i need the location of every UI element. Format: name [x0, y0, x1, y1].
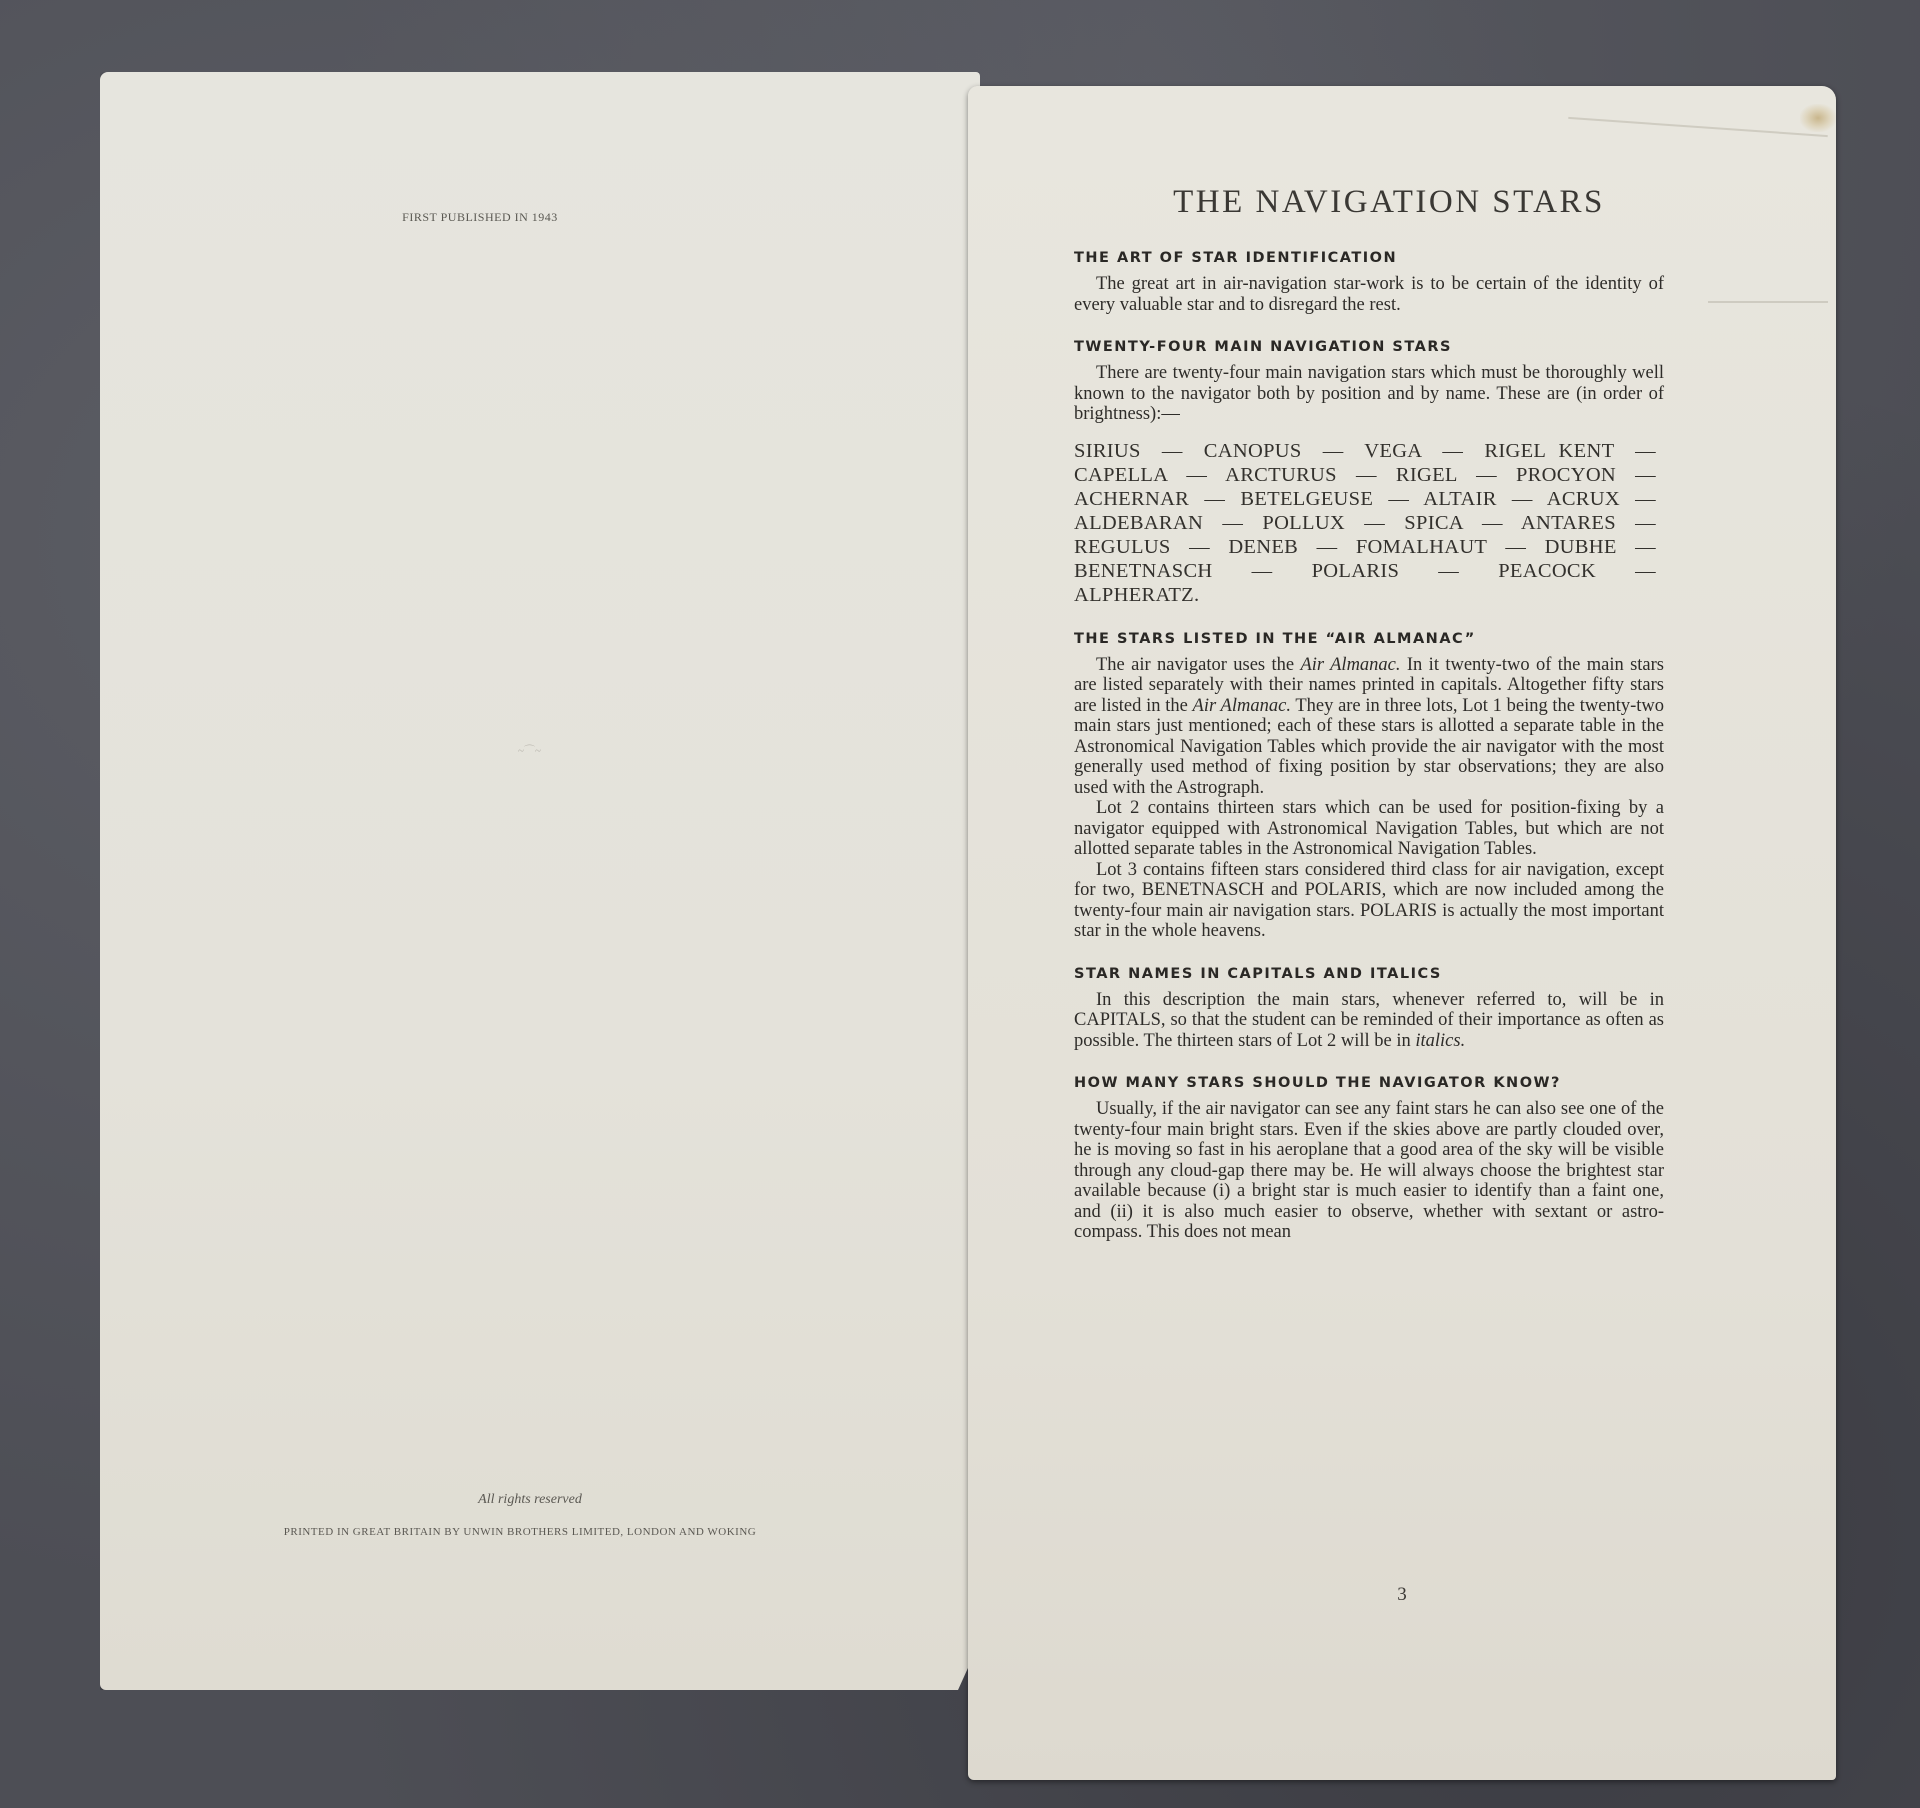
star-name: ALDEBARAN	[1074, 512, 1203, 534]
star-name: POLARIS	[1312, 560, 1400, 582]
star-name: ALPHERATZ	[1074, 584, 1194, 606]
star-name: ARCTURUS	[1225, 464, 1337, 486]
star-name: POLLUX	[1262, 512, 1345, 534]
faint-pencil-mark: ~⌒~	[518, 742, 541, 758]
star-name: ALTAIR	[1423, 488, 1496, 510]
paragraph: In this description the main stars, when…	[1074, 990, 1664, 1052]
first-published-imprint: FIRST PUBLISHED IN 1943	[40, 210, 920, 225]
corner-stain	[1800, 104, 1836, 132]
section: THE ART OF STAR IDENTIFICATIONThe great …	[1074, 248, 1664, 315]
section: STAR NAMES IN CAPITALS AND ITALICSIn thi…	[1074, 964, 1664, 1052]
paragraph: The air navigator uses the Air Almanac. …	[1074, 655, 1664, 799]
paragraph: Lot 2 contains thirteen stars which can …	[1074, 798, 1664, 860]
star-name: RIGEL	[1396, 464, 1457, 486]
star-name-list: SIRIUS — CANOPUS — VEGA — RIGEL KENT — C…	[1074, 439, 1664, 607]
section: HOW MANY STARS SHOULD THE NAVIGATOR KNOW…	[1074, 1073, 1664, 1243]
star-name: CANOPUS	[1204, 440, 1302, 462]
star-name: VEGA	[1364, 440, 1421, 462]
right-page: THE NAVIGATION STARS THE ART OF STAR IDE…	[968, 86, 1836, 1780]
paragraph: The great art in air-navigation star-wor…	[1074, 274, 1664, 315]
left-page: FIRST PUBLISHED IN 1943 ~⌒~ All rights r…	[100, 72, 980, 1690]
section: THE STARS LISTED IN THE “AIR ALMANAC”The…	[1074, 629, 1664, 942]
section-heading: HOW MANY STARS SHOULD THE NAVIGATOR KNOW…	[1074, 1073, 1664, 1093]
star-name: FOMALHAUT	[1356, 536, 1487, 558]
star-name: BETELGEUSE	[1240, 488, 1373, 510]
star-name: RIGEL KENT	[1484, 440, 1614, 462]
section-heading: TWENTY-FOUR MAIN NAVIGATION STARS	[1074, 337, 1664, 357]
paragraph: Lot 3 contains fifteen stars considered …	[1074, 860, 1664, 942]
section: TWENTY-FOUR MAIN NAVIGATION STARSThere a…	[1074, 337, 1664, 607]
sections-container: THE ART OF STAR IDENTIFICATIONThe great …	[1074, 248, 1664, 1243]
star-name: DUBHE	[1545, 536, 1617, 558]
star-name: SPICA	[1404, 512, 1462, 534]
star-name: DENEB	[1228, 536, 1298, 558]
paper-crease	[1568, 117, 1828, 137]
star-name: PEACOCK	[1498, 560, 1596, 582]
rights-reserved-notice: All rights reserved	[90, 1492, 970, 1508]
star-name: ACHERNAR	[1074, 488, 1189, 510]
page-title: THE NAVIGATION STARS	[1074, 182, 1664, 222]
printer-imprint: PRINTED IN GREAT BRITAIN BY UNWIN BROTHE…	[80, 1526, 960, 1538]
article-body: THE NAVIGATION STARS THE ART OF STAR IDE…	[1074, 182, 1664, 1265]
star-name: CAPELLA	[1074, 464, 1167, 486]
star-name: REGULUS	[1074, 536, 1171, 558]
paper-crease	[1708, 301, 1828, 303]
section-heading: THE ART OF STAR IDENTIFICATION	[1074, 248, 1664, 268]
page-number: 3	[968, 1584, 1836, 1606]
star-name: ACRUX	[1547, 488, 1620, 510]
paragraph: There are twenty-four main navigation st…	[1074, 363, 1664, 425]
star-name: PROCYON	[1516, 464, 1616, 486]
paragraph: Usually, if the air navigator can see an…	[1074, 1099, 1664, 1243]
star-name: SIRIUS	[1074, 440, 1141, 462]
star-name: BENETNASCH	[1074, 560, 1213, 582]
section-heading: THE STARS LISTED IN THE “AIR ALMANAC”	[1074, 629, 1664, 649]
star-name: ANTARES	[1521, 512, 1616, 534]
section-heading: STAR NAMES IN CAPITALS AND ITALICS	[1074, 964, 1664, 984]
